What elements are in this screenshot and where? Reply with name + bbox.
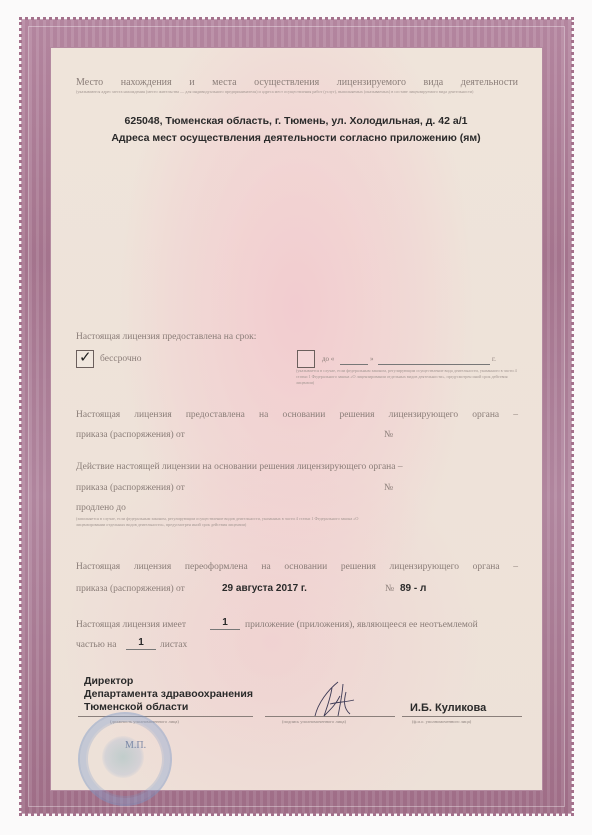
- reissued-order-label: приказа (распоряжения) от: [76, 584, 185, 594]
- signer-position-line1: Директор: [84, 675, 133, 687]
- granted-number-label: №: [384, 430, 393, 440]
- reissued-number: 89 - л: [400, 583, 426, 594]
- extended-number-label: №: [384, 483, 393, 493]
- extended-note: (заполняется в случае, если федеральным …: [76, 516, 376, 528]
- appendix-sheets-after: листах: [160, 640, 187, 650]
- caption-name: (ф.и.о. уполномоченного лица): [412, 719, 471, 724]
- reissued-date: 29 августа 2017 г.: [222, 583, 307, 594]
- extended-order-label: приказа (распоряжения) от: [76, 483, 185, 493]
- until-mid: »: [370, 355, 374, 363]
- appendix-sheets-underline: [126, 649, 156, 650]
- appendix-text-after: приложение (приложения), являющееся ее н…: [245, 620, 478, 630]
- handwritten-signature: [310, 678, 360, 720]
- granted-order-label: приказа (распоряжения) от: [76, 430, 185, 440]
- signer-position-line2: Департамента здравоохранения: [84, 688, 253, 700]
- until-label: до «: [322, 355, 334, 363]
- until-month-field[interactable]: [378, 364, 490, 365]
- extended-basis-line: Действие настоящей лицензии на основании…: [76, 462, 403, 472]
- term-label: Настоящая лицензия предоставлена на срок…: [76, 332, 256, 342]
- appendix-sheets-before: частью на: [76, 640, 116, 650]
- signer-position-line3: Тюменской области: [84, 701, 188, 713]
- limited-term-checkbox[interactable]: [297, 350, 315, 368]
- appendix-sheets: 1: [126, 637, 156, 648]
- granted-basis-line: Настоящая лицензия предоставлена на осно…: [76, 410, 518, 420]
- until-day-field[interactable]: [340, 364, 368, 365]
- official-stamp: М.П.: [78, 712, 172, 806]
- unlimited-term-checkbox[interactable]: ✓: [76, 350, 94, 368]
- name-line: [402, 716, 522, 717]
- extended-until-label: продлено до: [76, 503, 126, 513]
- until-note: (указывается в случае, если федеральным …: [296, 368, 520, 386]
- reissued-basis-line: Настоящая лицензия переоформлена на осно…: [76, 562, 518, 572]
- address-line: 625048, Тюменская область, г. Тюмень, ул…: [0, 115, 592, 127]
- appendix-count-underline: [210, 629, 240, 630]
- addresses-appendix-line: Адреса мест осуществления деятельности с…: [0, 132, 592, 144]
- signer-name: И.Б. Куликова: [410, 702, 486, 714]
- location-heading: Место нахождения и места осуществления л…: [76, 77, 518, 88]
- appendix-text-before: Настоящая лицензия имеет: [76, 620, 186, 630]
- location-note: (указываются адрес места нахождения (мес…: [76, 89, 518, 95]
- until-suffix: г.: [492, 355, 496, 363]
- reissued-number-label: №: [385, 584, 394, 594]
- checkmark-icon: ✓: [79, 348, 92, 366]
- stamp-label: М.П.: [125, 740, 146, 751]
- unlimited-term-label: бессрочно: [100, 354, 141, 364]
- appendix-count: 1: [210, 617, 240, 628]
